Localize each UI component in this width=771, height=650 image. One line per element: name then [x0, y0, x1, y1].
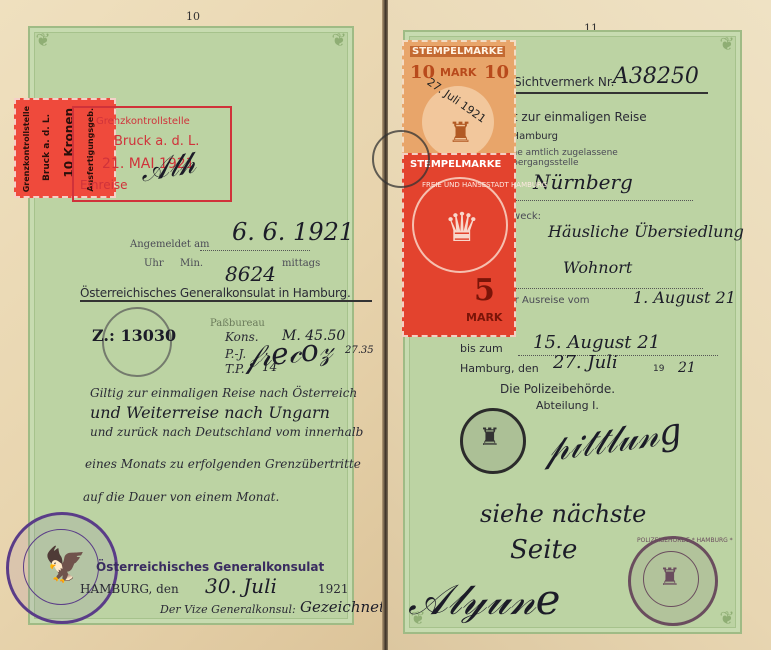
signer-label: Der Vize Generalkonsul: [160, 603, 296, 616]
note-line: siehe nächste [480, 500, 646, 528]
pf-label: P.-J. [225, 347, 246, 361]
stamp-text: POLIZEIBEHÖRDE * HAMBURG * [637, 537, 733, 544]
place-date-value: 27. Juli [553, 352, 618, 373]
stamp-unit: MARK [466, 311, 502, 324]
corner-ornament-icon: ❦ [716, 608, 738, 630]
corner-ornament-icon: ❦ [716, 34, 738, 56]
mittags-label: mittags [282, 258, 320, 269]
tower-icon: ♜ [448, 116, 473, 149]
valid-from-value: 1. August 21 [633, 288, 736, 307]
year-prefix: 19 [653, 364, 664, 374]
registered-label: Angemeldet am [130, 239, 210, 250]
handwritten-date: 6. 6. 1921 [232, 218, 354, 246]
handwritten-number: 8624 [225, 262, 276, 286]
validity-line: auf die Dauer von einem Monat. [83, 490, 279, 504]
place-date-label: HAMBURG, den [80, 582, 179, 596]
authority-label: Die Polizeibehörde. [500, 382, 615, 396]
stamp-unit: MARK [440, 66, 476, 79]
signature: 𝒜𝓁𝓎𝓊𝓃𝑒 [408, 575, 561, 625]
via-value: Nürnberg [533, 170, 633, 194]
validity-line: Giltig zur einmaligen Reise nach Österre… [90, 386, 357, 400]
heading-rule [498, 92, 708, 94]
heading-rule [80, 300, 372, 302]
validity-line: eines Monats zu erfolgenden Grenzübertri… [85, 457, 361, 471]
validity-line-handwritten: und Weiterreise nach Ungarn [90, 403, 330, 422]
pf-value: 27.35 [345, 345, 374, 356]
good-for-label: Gut zur einmaligen Reise [496, 110, 647, 124]
hammonia-figure-icon: ♛ [444, 205, 480, 251]
stamp-ring-text: FREIE UND HANSESTADT HAMBURG [422, 181, 547, 189]
minute-label: Min. [180, 258, 203, 269]
corner-ornament-icon: ❦ [32, 30, 54, 52]
castle-icon: ♜ [479, 423, 501, 451]
consulate-heading: Österreichisches Generalkonsulat in Hamb… [80, 286, 351, 300]
note-line: Seite [510, 535, 577, 565]
dotted-line [513, 200, 693, 201]
stamp-title: STEMPELMARKE [410, 46, 505, 57]
police-round-stamp: ♜ POLIZEIBEHÖRDE * HAMBURG * [628, 536, 718, 626]
left-page: 10 ❦ ❦ Grenzkontrollstelle Bruck a. d. L… [0, 0, 384, 650]
consulate-signature-block: Österreichisches Generalkonsulat [96, 560, 324, 574]
visa-number-label: Sichtvermerk Nr. [514, 75, 614, 89]
place-label: Hamburg, den [460, 362, 539, 375]
cancellation-round-stamp [372, 130, 430, 188]
purpose-value: Häusliche Übersiedlung [548, 222, 744, 241]
castle-icon: ♜ [659, 563, 681, 591]
stamp-text: Bruck a. d. L. [42, 114, 52, 181]
dotted-line [518, 355, 718, 356]
place-date-value: 30. Juli [205, 574, 277, 598]
stamp-text: Einreise [80, 178, 128, 192]
year: 1921 [318, 582, 349, 596]
visa-number-value: A38250 [613, 64, 699, 89]
stamp-text: Grenzkontrollstelle [22, 106, 31, 192]
tp-label: T.P. [225, 362, 245, 376]
year-value: 21 [678, 360, 696, 376]
valid-until-label: bis zum [460, 342, 503, 355]
page-number: 10 [186, 10, 200, 23]
department-label: Abteilung I. [536, 399, 599, 412]
validity-line: und zurück nach Deutschland vom innerhal… [90, 425, 363, 439]
dotted-line [200, 250, 310, 251]
stamp-value: 10 [484, 62, 509, 83]
z-number: Z.: 13030 [92, 326, 176, 345]
valid-until-value: 15. August 21 [533, 332, 660, 353]
passbureau-label: Paßbureau [210, 318, 265, 329]
stamp-value: 5 [474, 273, 495, 308]
police-seal-black: ♜ [460, 408, 526, 474]
handwritten-signature: Gezeichnet [300, 598, 385, 616]
stamp-text: Grenzkontrollstelle [96, 116, 190, 127]
hour-label: Uhr [144, 258, 164, 269]
corner-ornament-icon: ❦ [328, 30, 350, 52]
eagle-icon: 🦅 [44, 545, 86, 585]
purpose-value-2: Wohnort [563, 258, 632, 277]
